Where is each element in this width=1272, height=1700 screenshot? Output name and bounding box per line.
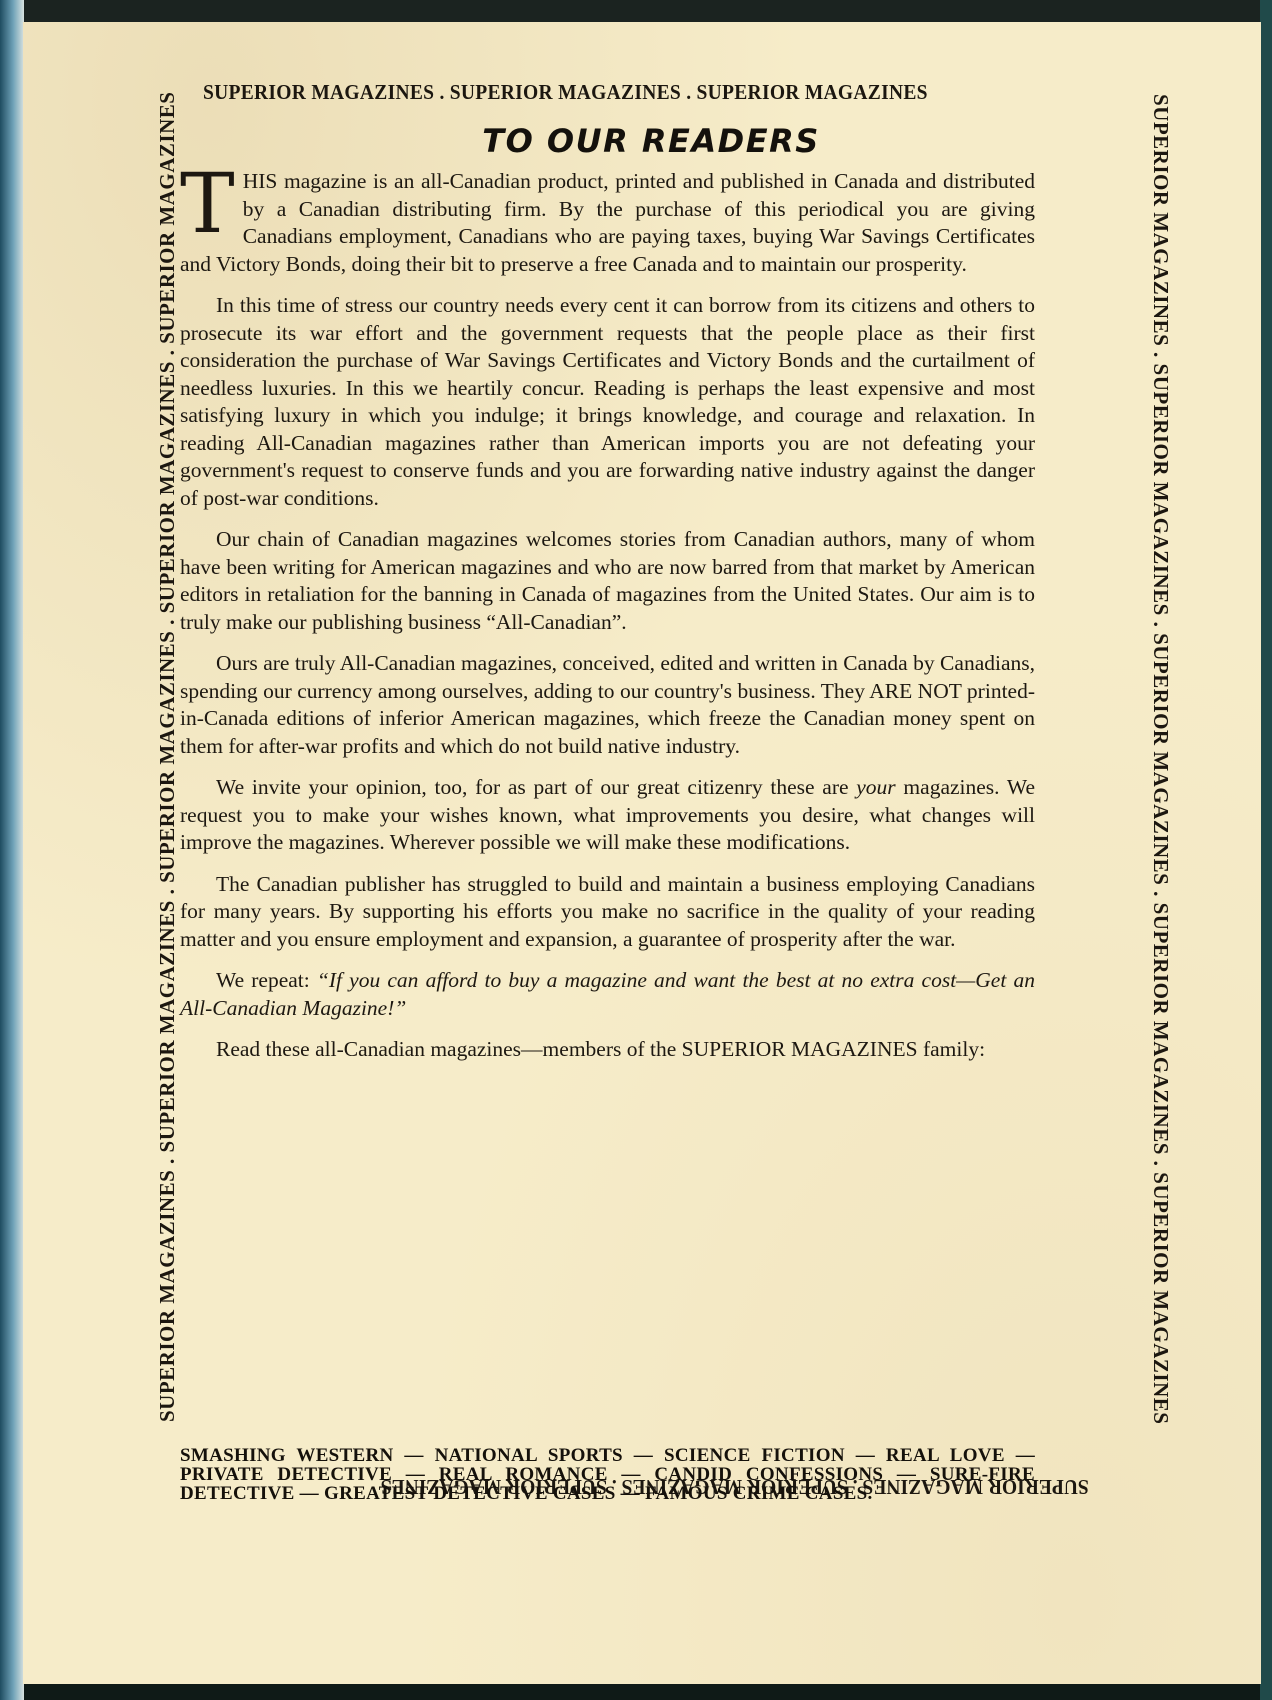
magazine-titles-list: SMASHING WESTERN — NATIONAL SPORTS — SCI… <box>180 1446 1035 1503</box>
paragraph-5: We invite your opinion, too, for as part… <box>180 774 1035 857</box>
paragraph-4: Ours are truly All-Canadian magazines, c… <box>180 650 1035 760</box>
scan-background-top <box>0 0 1272 22</box>
drop-cap: T <box>180 172 235 238</box>
scan-background-right <box>1260 0 1272 1700</box>
header-band: SUPERIOR MAGAZINES . SUPERIOR MAGAZINES … <box>203 80 1059 105</box>
scan-background-left <box>0 0 24 1700</box>
paragraph-2: In this time of stress our country needs… <box>180 292 1035 512</box>
paragraph-3: Our chain of Canadian magazines welcomes… <box>180 526 1035 636</box>
paragraph-5-emphasis: your <box>856 775 895 799</box>
magazine-page: SUPERIOR MAGAZINES . SUPERIOR MAGAZINES … <box>23 22 1261 1684</box>
right-side-band: SUPERIOR MAGAZINES . SUPERIOR MAGAZINES … <box>1148 94 1173 1474</box>
page-title: TO OUR READERS <box>201 122 1101 160</box>
paragraph-8: Read these all-Canadian magazines—member… <box>180 1036 1035 1064</box>
quote-lead: We repeat: <box>216 968 317 992</box>
paragraph-1-text: HIS magazine is an all-Canadian product,… <box>180 169 1035 276</box>
paragraph-1: THIS magazine is an all-Canadian product… <box>180 168 1035 278</box>
article-body: THIS magazine is an all-Canadian product… <box>180 168 1035 1078</box>
paragraph-5-text-a: We invite your opinion, too, for as part… <box>216 775 856 799</box>
left-side-band: SUPERIOR MAGAZINES . SUPERIOR MAGAZINES … <box>155 42 180 1422</box>
paragraph-6: The Canadian publisher has struggled to … <box>180 871 1035 954</box>
paragraph-7-quote: We repeat: “If you can afford to buy a m… <box>180 967 1035 1022</box>
